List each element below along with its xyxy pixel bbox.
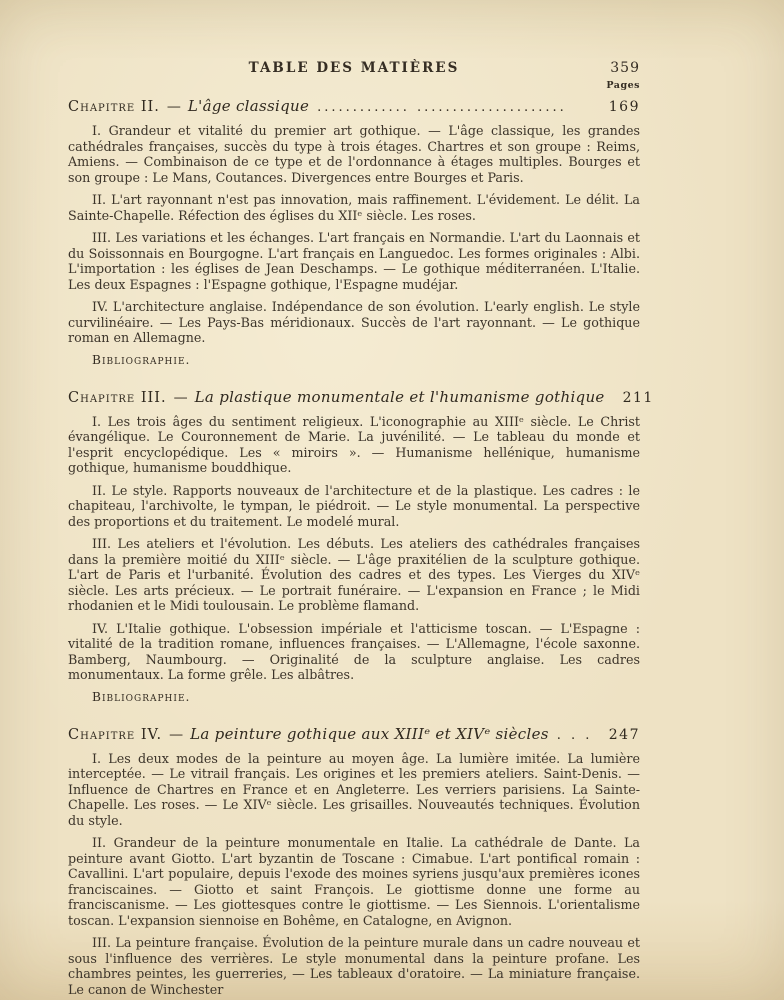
chapter-entry-2: Chapitre II. — L'âge classique .........…	[68, 97, 640, 368]
section-summary: I. Les deux modes de la peinture au moye…	[68, 751, 640, 829]
chapter-heading: Chapitre IV. — La peinture gothique aux …	[68, 725, 640, 743]
section-summary: III. La peinture française. Évolution de…	[68, 935, 640, 997]
section-summary: IV. L'Italie gothique. L'obsession impér…	[68, 621, 640, 683]
chapter-label: Chapitre II.	[68, 99, 160, 115]
chapter-dash: —	[169, 727, 183, 743]
section-summary: IV. L'architecture anglaise. Indépendanc…	[68, 299, 640, 346]
section-summary: III. Les variations et les échanges. L'a…	[68, 230, 640, 292]
book-page: TABLE DES MATIÈRES 359 Pages Chapitre II…	[0, 0, 784, 1000]
chapter-label: Chapitre III.	[68, 390, 167, 406]
page-number: 359	[610, 60, 640, 76]
chapter-page-number: 211	[623, 390, 654, 406]
chapter-label: Chapitre IV.	[68, 727, 162, 743]
section-summary: II. Grandeur de la peinture monumentale …	[68, 835, 640, 928]
chapter-heading: Chapitre II. — L'âge classique .........…	[68, 97, 640, 115]
section-summary: I. Les trois âges du sentiment religieux…	[68, 414, 640, 476]
chapter-page-number: 169	[609, 99, 640, 115]
pages-column-label: Pages	[68, 80, 640, 91]
chapter-heading: Chapitre III. — La plastique monumentale…	[68, 388, 640, 406]
section-summary: II. L'art rayonnant n'est pas innovation…	[68, 192, 640, 223]
chapter-title: La plastique monumentale et l'humanisme …	[195, 388, 605, 406]
section-summary: II. Le style. Rapports nouveaux de l'arc…	[68, 483, 640, 530]
chapter-dash: —	[174, 390, 188, 406]
chapter-entry-3: Chapitre III. — La plastique monumentale…	[68, 388, 640, 705]
section-summary: I. Grandeur et vitalité du premier art g…	[68, 123, 640, 185]
chapter-title: La peinture gothique aux XIIIᵉ et XIVᵉ s…	[190, 725, 549, 743]
chapter-page-number: 247	[609, 727, 640, 743]
dot-leader: . . . . .	[557, 728, 599, 743]
page-title: TABLE DES MATIÈRES	[68, 60, 640, 76]
chapter-entry-4: Chapitre IV. — La peinture gothique aux …	[68, 725, 640, 998]
page-header: TABLE DES MATIÈRES 359	[68, 60, 640, 78]
section-summary: III. Les ateliers et l'évolution. Les dé…	[68, 536, 640, 614]
chapter-dash: —	[167, 99, 181, 115]
chapter-title: L'âge classique	[188, 97, 309, 115]
dot-leader: ............. .....................	[317, 100, 599, 115]
bibliography-note: Bibliographie.	[68, 353, 640, 368]
bibliography-note: Bibliographie.	[68, 690, 640, 705]
